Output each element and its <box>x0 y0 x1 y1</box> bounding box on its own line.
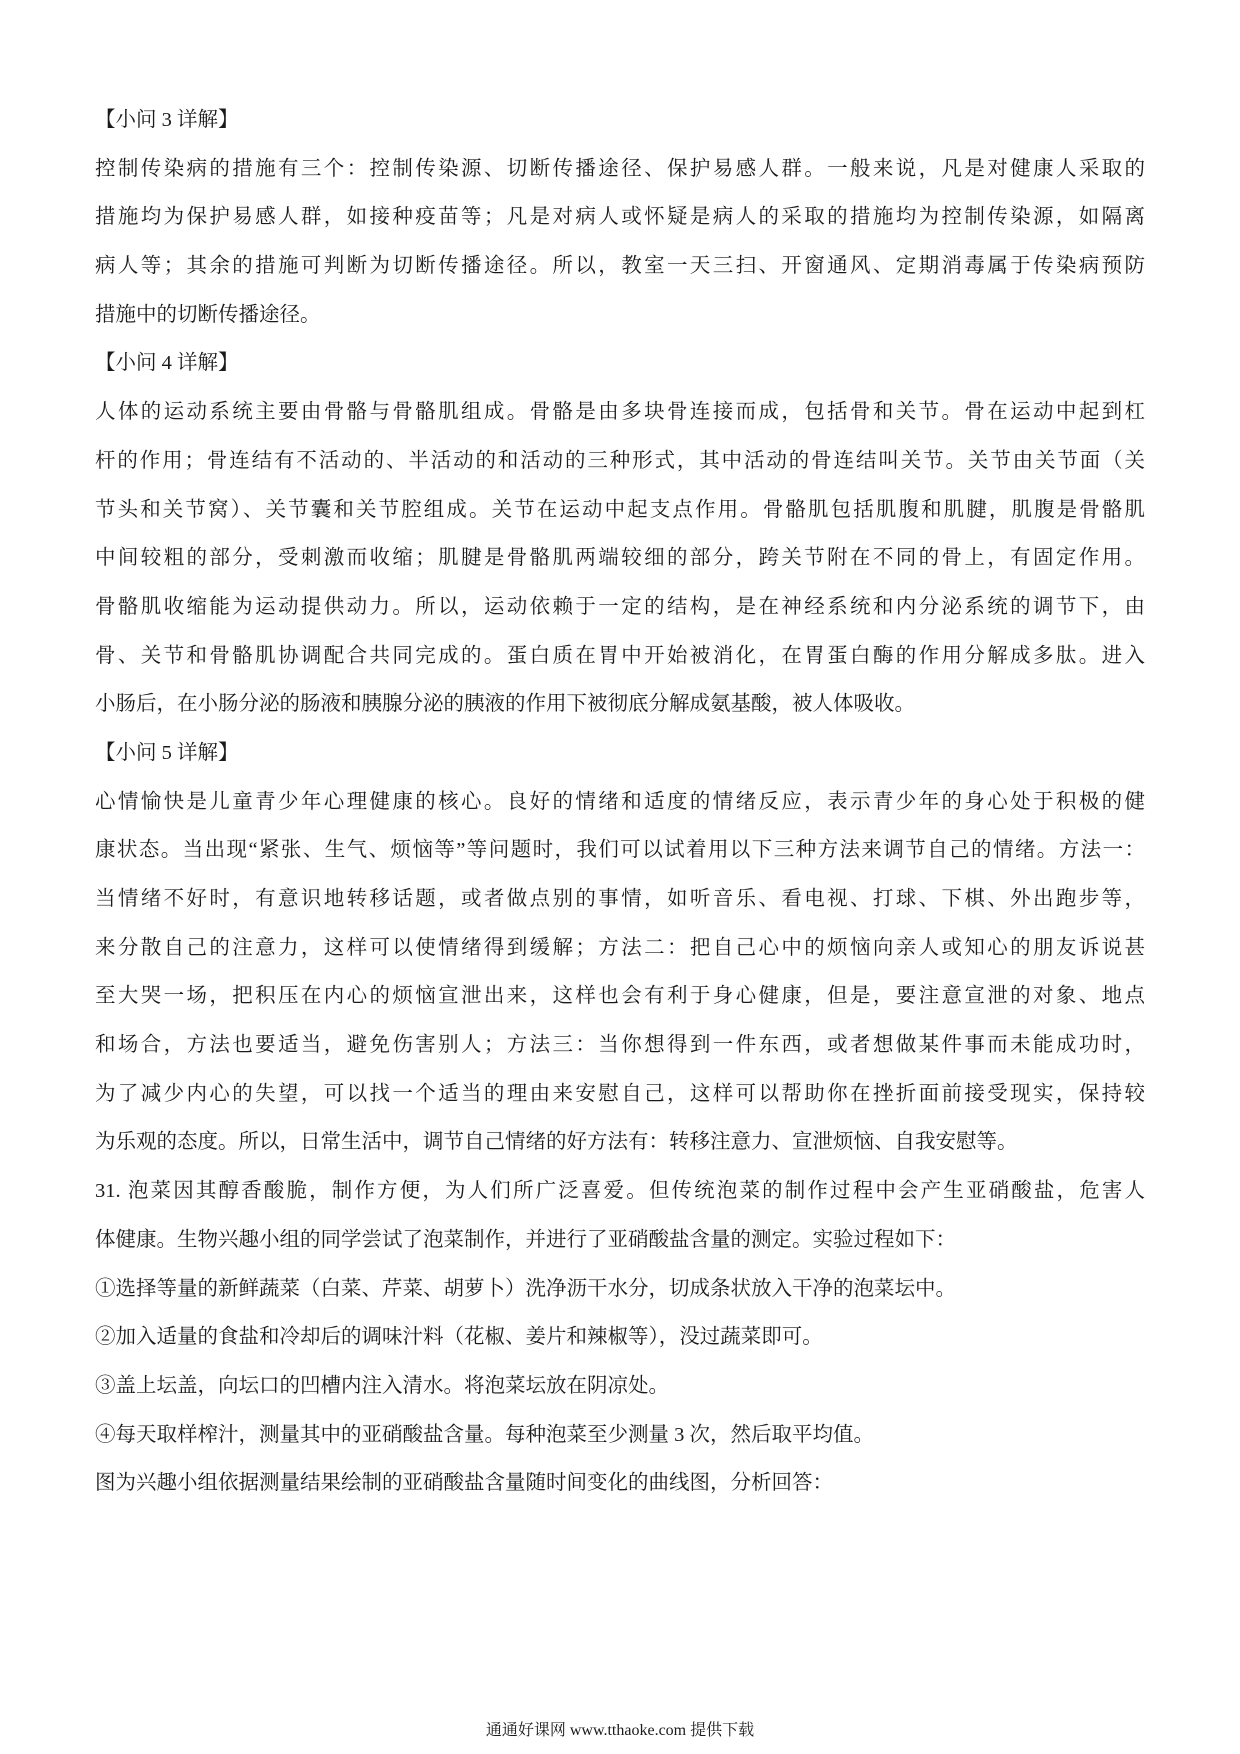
question-31-line: 体健康。生物兴趣小组的同学尝试了泡菜制作，并进行了亚硝酸盐含量的测定。实验过程如… <box>95 1216 1145 1265</box>
experiment-step-1: ①选择等量的新鲜蔬菜（白菜、芹菜、胡萝卜）洗净沥干水分，切成条状放入干净的泡菜坛… <box>95 1265 1145 1314</box>
text-line: 控制传染病的措施有三个：控制传染源、切断传播途径、保护易感人群。一般来说，凡是对… <box>95 145 1145 194</box>
text-line: 节头和关节窝）、关节囊和关节腔组成。关节在运动中起支点作用。骨骼肌包括肌腹和肌腱… <box>95 486 1145 535</box>
text-line: 措施均为保护易感人群，如接种疫苗等；凡是对病人或怀疑是病人的采取的措施均为控制传… <box>95 193 1145 242</box>
page-footer: 通通好课网 www.tthaoke.com 提供下载 <box>0 1720 1240 1742</box>
text-line: 人体的运动系统主要由骨骼与骨骼肌组成。骨骼是由多块骨连接而成，包括骨和关节。骨在… <box>95 388 1145 437</box>
text-line: 小肠后，在小肠分泌的肠液和胰腺分泌的胰液的作用下被彻底分解成氨基酸，被人体吸收。 <box>95 680 1145 729</box>
experiment-step-3: ③盖上坛盖，向坛口的凹槽内注入清水。将泡菜坛放在阴凉处。 <box>95 1362 1145 1411</box>
document-body: 【小问 3 详解】 控制传染病的措施有三个：控制传染源、切断传播途径、保护易感人… <box>95 96 1145 1508</box>
text-line: 康状态。当出现“紧张、生气、烦恼等”等问题时，我们可以试着用以下三种方法来调节自… <box>95 826 1145 875</box>
text-line: 心情愉快是儿童青少年心理健康的核心。良好的情绪和适度的情绪反应，表示青少年的身心… <box>95 778 1145 827</box>
question-31-closing-line: 图为兴趣小组依据测量结果绘制的亚硝酸盐含量随时间变化的曲线图，分析回答： <box>95 1459 1145 1508</box>
text-line: 病人等；其余的措施可判断为切断传播途径。所以，教室一天三扫、开窗通风、定期消毒属… <box>95 242 1145 291</box>
section-heading-subq4: 【小问 4 详解】 <box>95 339 1145 388</box>
text-line: 和场合，方法也要适当，避免伤害别人；方法三：当你想得到一件东西，或者想做某件事而… <box>95 1021 1145 1070</box>
text-line: 骨、关节和骨骼肌协调配合共同完成的。蛋白质在胃中开始被消化，在胃蛋白酶的作用分解… <box>95 632 1145 681</box>
text-line: 为了减少内心的失望，可以找一个适当的理由来安慰自己，这样可以帮助你在挫折面前接受… <box>95 1070 1145 1119</box>
experiment-step-4: ④每天取样榨汁，测量其中的亚硝酸盐含量。每种泡菜至少测量 3 次，然后取平均值。 <box>95 1411 1145 1460</box>
document-page: 【小问 3 详解】 控制传染病的措施有三个：控制传染源、切断传播途径、保护易感人… <box>0 0 1240 1754</box>
text-line: 为乐观的态度。所以，日常生活中，调节自己情绪的好方法有：转移注意力、宣泄烦恼、自… <box>95 1118 1145 1167</box>
question-31-line: 31. 泡菜因其醇香酸脆，制作方便，为人们所广泛喜爱。但传统泡菜的制作过程中会产… <box>95 1167 1145 1216</box>
text-line: 中间较粗的部分，受刺激而收缩；肌腱是骨骼肌两端较细的部分，跨关节附在不同的骨上，… <box>95 534 1145 583</box>
text-line: 骨骼肌收缩能为运动提供动力。所以，运动依赖于一定的结构，是在神经系统和内分泌系统… <box>95 583 1145 632</box>
text-line: 杆的作用；骨连结有不活动的、半活动的和活动的三种形式，其中活动的骨连结叫关节。关… <box>95 437 1145 486</box>
text-line: 当情绪不好时，有意识地转移话题，或者做点别的事情，如听音乐、看电视、打球、下棋、… <box>95 875 1145 924</box>
section-heading-subq5: 【小问 5 详解】 <box>95 729 1145 778</box>
text-line: 至大哭一场，把积压在内心的烦恼宣泄出来，这样也会有利于身心健康，但是，要注意宣泄… <box>95 972 1145 1021</box>
experiment-step-2: ②加入适量的食盐和冷却后的调味汁料（花椒、姜片和辣椒等），没过蔬菜即可。 <box>95 1313 1145 1362</box>
section-heading-subq3: 【小问 3 详解】 <box>95 96 1145 145</box>
text-line: 措施中的切断传播途径。 <box>95 291 1145 340</box>
text-line: 来分散自己的注意力，这样可以使情绪得到缓解；方法二：把自己心中的烦恼向亲人或知心… <box>95 924 1145 973</box>
footer-text: 通通好课网 www.tthaoke.com 提供下载 <box>486 1722 754 1739</box>
